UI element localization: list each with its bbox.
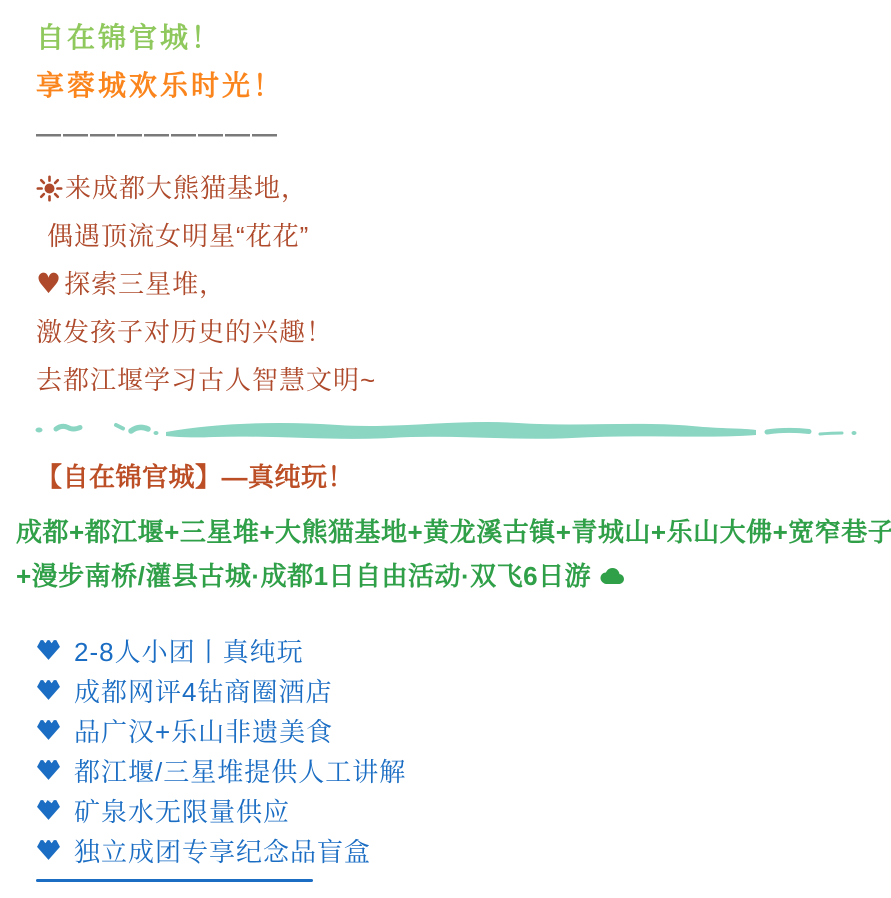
intro-line: 偶遇顶流女明星“花花” xyxy=(36,212,875,260)
highlight-text: 2-8人小团丨真纯玩 xyxy=(74,632,304,669)
cloud-icon xyxy=(597,566,627,586)
footer-underline xyxy=(36,879,313,882)
intro-line-text: 激发孩子对历史的兴趣！ xyxy=(36,308,333,356)
intro-line: ♥ 探索三星堆， xyxy=(36,260,875,308)
gem-icon xyxy=(36,759,61,781)
promo-page: 自在锦官城！ 享蓉城欢乐时光！ ————————— xyxy=(0,0,891,898)
intro-line: 去都江堰学习古人智慧文明~ xyxy=(36,356,875,404)
highlight-text: 品广汉+乐山非遗美食 xyxy=(74,712,333,749)
highlights-list: 2-8人小团丨真纯玩 成都网评4钻商圈酒店 品广汉+乐山非遗美食 xyxy=(36,630,875,870)
dash-divider: ————————— xyxy=(36,118,875,150)
highlight-item: 矿泉水无限量供应 xyxy=(36,790,875,830)
intro-line-text: 偶遇顶流女明星“花花” xyxy=(47,212,309,260)
highlight-text: 矿泉水无限量供应 xyxy=(74,792,290,829)
package-heading: 【自在锦官城】—真纯玩！ xyxy=(36,460,875,494)
highlight-item: 都江堰/三星堆提供人工讲解 xyxy=(36,750,875,790)
route-line-text: +漫步南桥/灌县古城·成都1日自由活动·双飞6日游 xyxy=(16,554,591,598)
slogan-line-1: 自在锦官城！ xyxy=(36,20,875,56)
intro-line-text: 来成都大熊猫基地， xyxy=(65,164,308,212)
route-line-2: +漫步南桥/灌县古城·成都1日自由活动·双飞6日游 xyxy=(16,554,875,598)
route-line-1: 成都+都江堰+三星堆+大熊猫基地+黄龙溪古镇+青城山+乐山大佛+宽窄巷子 xyxy=(16,510,875,554)
highlight-item: 成都网评4钻商圈酒店 xyxy=(36,670,875,710)
sun-icon xyxy=(36,175,63,202)
intro-paragraph: 来成都大熊猫基地， 偶遇顶流女明星“花花” ♥ 探索三星堆， 激发孩子对历史的兴… xyxy=(36,164,875,404)
gem-icon xyxy=(36,639,61,661)
highlight-item: 2-8人小团丨真纯玩 xyxy=(36,630,875,670)
highlight-text: 成都网评4钻商圈酒店 xyxy=(74,672,332,709)
intro-line-text: 探索三星堆， xyxy=(64,260,226,308)
highlight-item: 品广汉+乐山非遗美食 xyxy=(36,710,875,750)
brush-stroke-divider xyxy=(30,410,862,446)
route-description: 成都+都江堰+三星堆+大熊猫基地+黄龙溪古镇+青城山+乐山大佛+宽窄巷子 +漫步… xyxy=(16,510,875,598)
intro-line-text: 去都江堰学习古人智慧文明~ xyxy=(36,356,376,404)
intro-line: 来成都大熊猫基地， xyxy=(36,164,875,212)
gem-icon xyxy=(36,719,61,741)
gem-icon xyxy=(36,839,61,861)
slogan-line-2: 享蓉城欢乐时光！ xyxy=(36,68,875,104)
highlight-item: 独立成团专享纪念品盲盒 xyxy=(36,830,875,870)
route-line-text: 成都+都江堰+三星堆+大熊猫基地+黄龙溪古镇+青城山+乐山大佛+宽窄巷子 xyxy=(16,510,891,554)
highlight-text: 独立成团专享纪念品盲盒 xyxy=(74,832,371,869)
gem-icon xyxy=(36,679,61,701)
highlight-text: 都江堰/三星堆提供人工讲解 xyxy=(74,752,406,789)
intro-line: 激发孩子对历史的兴趣！ xyxy=(36,308,875,356)
gem-icon xyxy=(36,799,61,821)
heart-icon: ♥ xyxy=(36,260,62,308)
